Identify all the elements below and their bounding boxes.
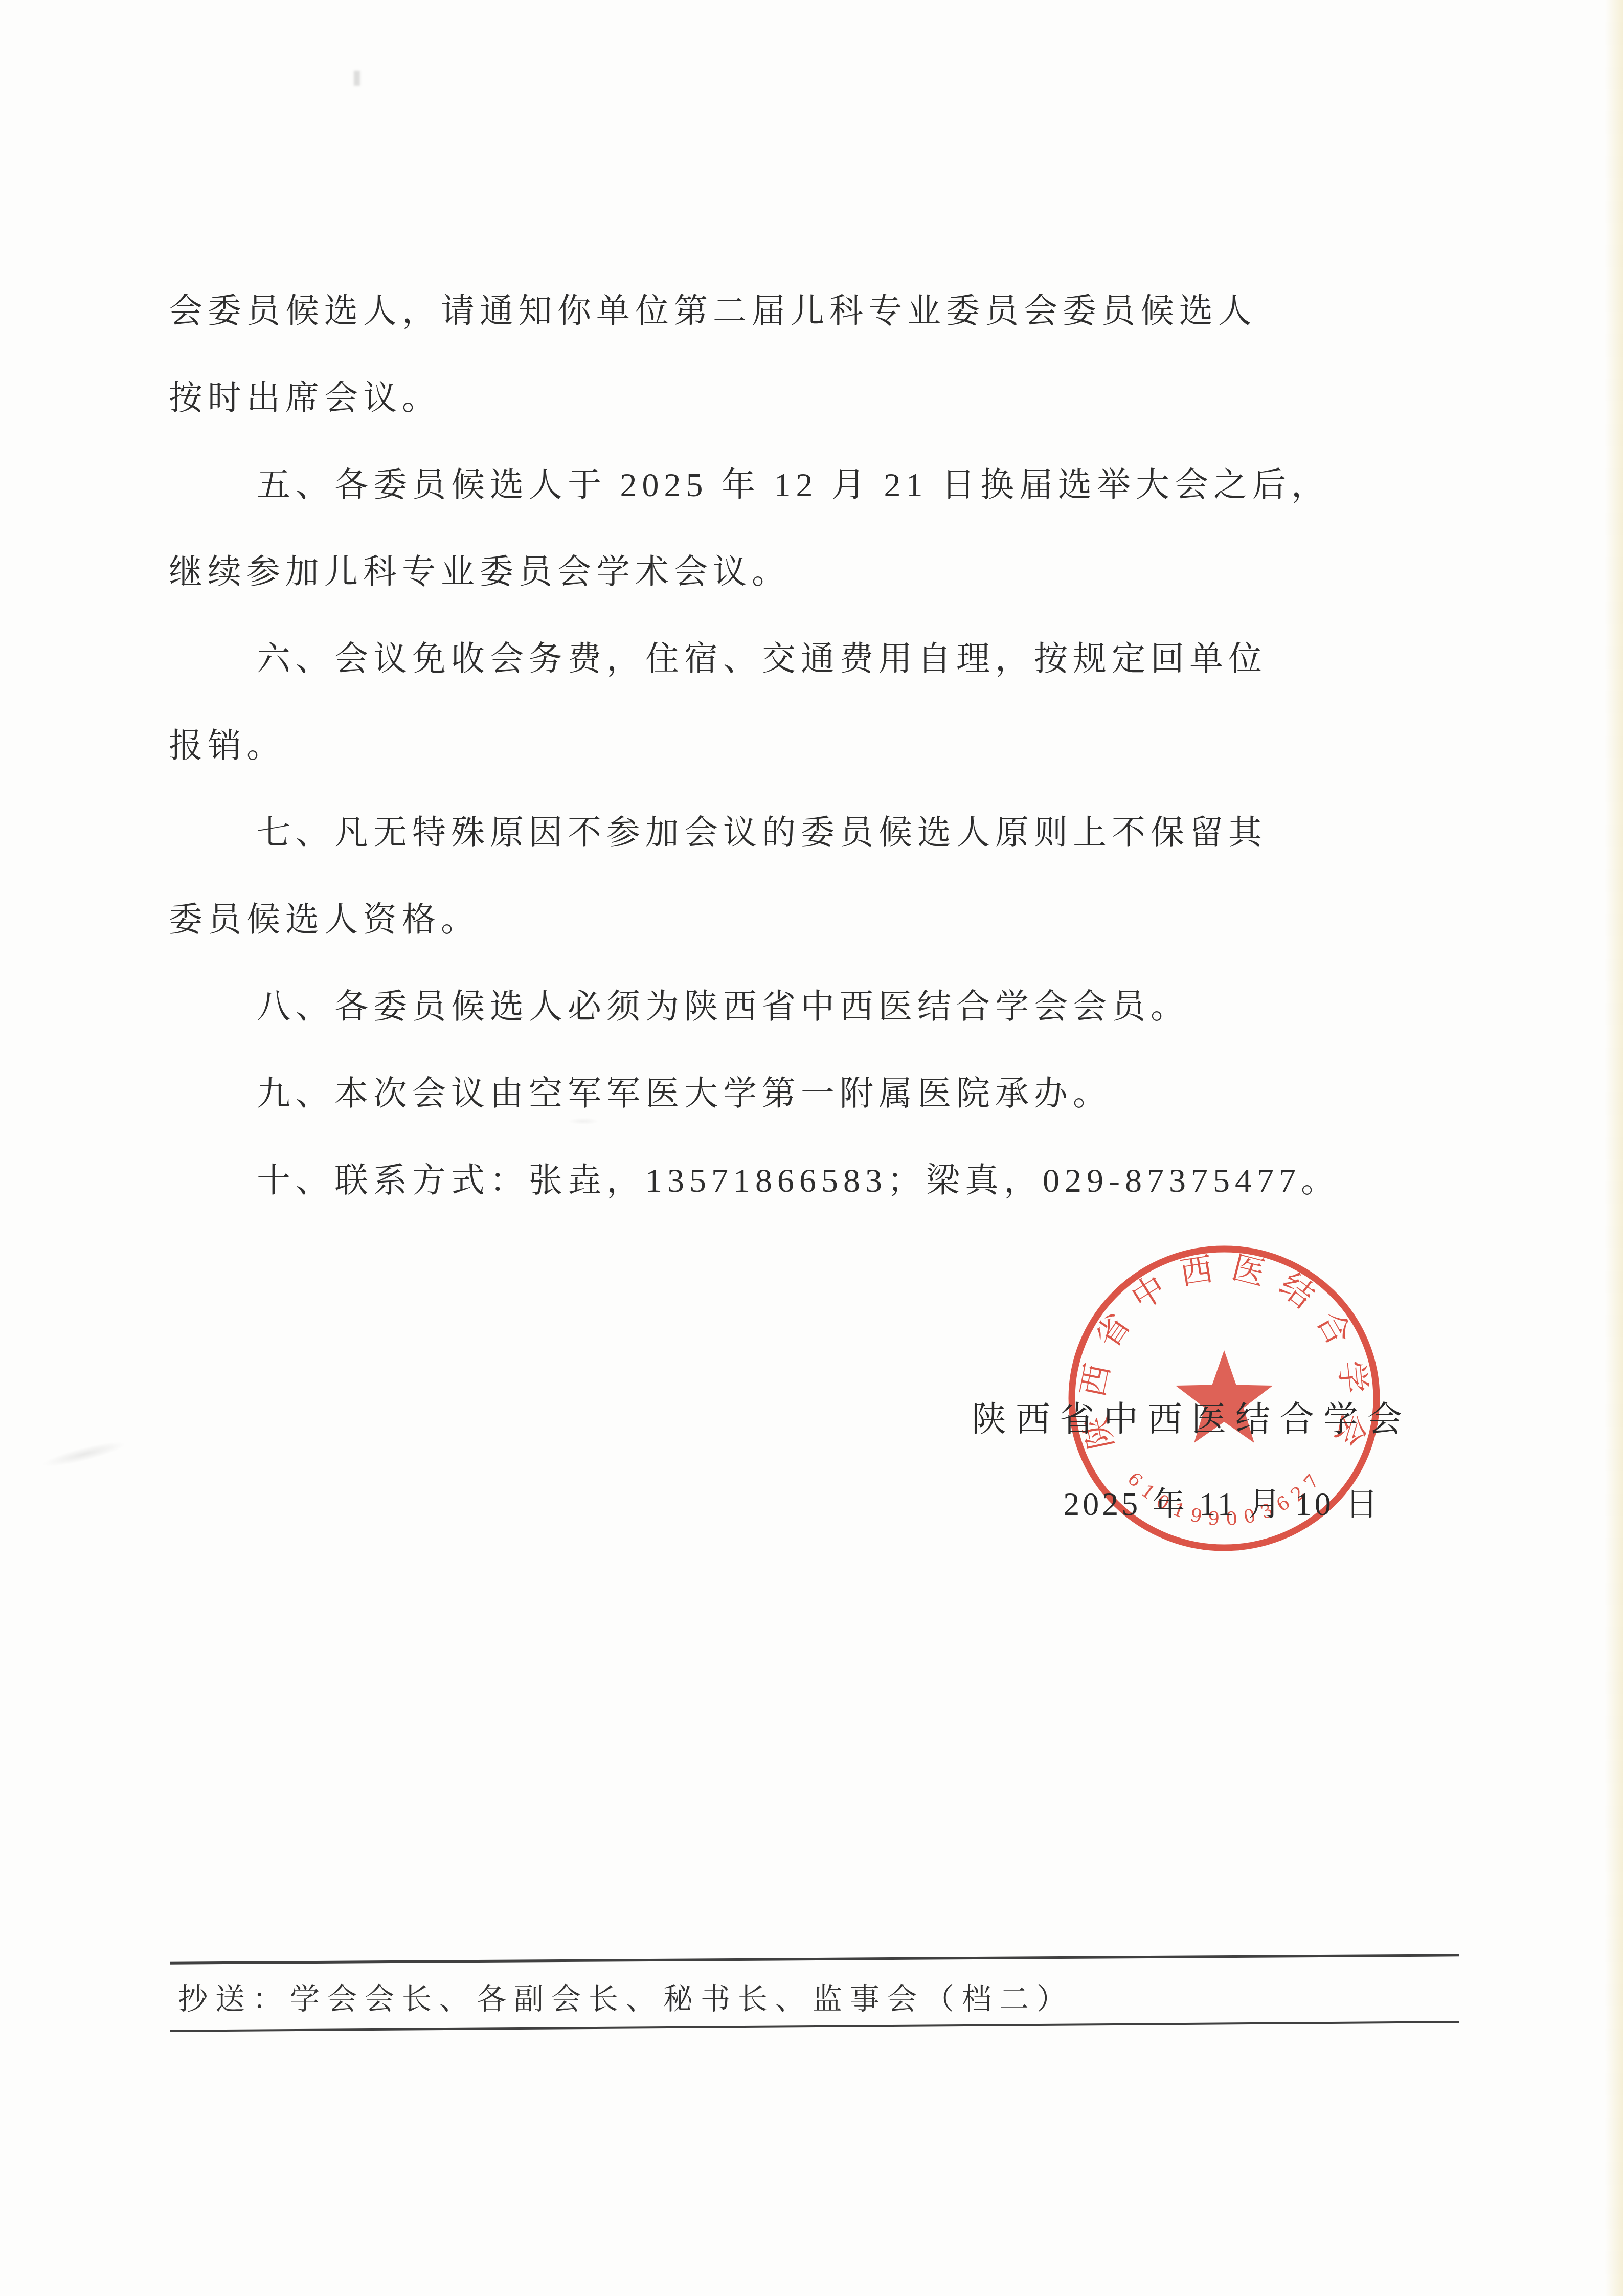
- body-line: 五、各委员候选人于 2025 年 12 月 21 日换届选举大会之后，: [169, 442, 1463, 529]
- scan-edge-artifact: [1605, 0, 1623, 2296]
- footer-cc-line: 抄送：学会会长、各副会长、秘书长、监事会（档二）: [178, 1972, 1456, 2026]
- scan-smudge: [568, 1118, 598, 1125]
- footer-rule-top: [170, 1954, 1459, 1964]
- body-line: 委员候选人资格。: [169, 877, 1463, 964]
- scanned-letter-page: 会委员候选人，请通知你单位第二届儿科专业委员会委员候选人按时出席会议。五、各委员…: [0, 0, 1623, 2296]
- body-line: 七、凡无特殊原因不参加会议的委员候选人原则上不保留其: [169, 790, 1463, 877]
- body-line: 九、本次会议由空军军医大学第一附属医院承办。: [169, 1051, 1463, 1138]
- scan-smudge: [40, 1437, 128, 1471]
- body-line: 报销。: [169, 703, 1463, 790]
- signature-org: 陕西省中西医结合学会: [966, 1381, 1416, 1458]
- body-line: 八、各委员候选人必须为陕西省中西医结合学会会员。: [169, 964, 1463, 1051]
- body-line: 按时出席会议。: [169, 355, 1463, 442]
- scan-smudge: [354, 71, 360, 86]
- body-line: 六、会议免收会务费，住宿、交通费用自理，按规定回单位: [169, 616, 1463, 703]
- document-body: 会委员候选人，请通知你单位第二届儿科专业委员会委员候选人按时出席会议。五、各委员…: [169, 268, 1463, 1224]
- body-line: 会委员候选人，请通知你单位第二届儿科专业委员会委员候选人: [169, 268, 1463, 355]
- body-line: 十、联系方式：张垚，13571866583；梁真，029-87375477。: [169, 1138, 1463, 1224]
- signature-date: 2025 年 11 月 10 日: [997, 1466, 1447, 1543]
- body-line: 继续参加儿科专业委员会学术会议。: [169, 529, 1463, 616]
